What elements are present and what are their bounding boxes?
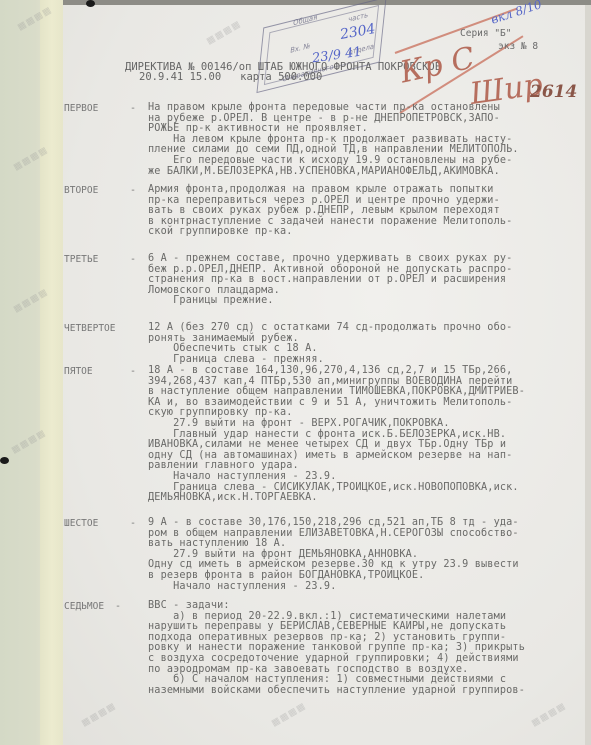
archival-tape xyxy=(40,0,64,745)
top-edge xyxy=(63,0,591,5)
text-line: ДЕМЬЯНОВКА,иск.Н.ТОРГАЕВКА. xyxy=(148,493,318,504)
punch-hole-left xyxy=(0,457,9,464)
section-dash: - xyxy=(130,366,136,377)
directive-date-map: 20.9.41 15.00 карта 500.000 xyxy=(139,71,322,83)
text-line: 9 А - в составе 30,176,150,218,296 сд,52… xyxy=(148,518,519,529)
section-label: ВТОРОЕ xyxy=(64,185,98,196)
series-label: Серия "Б" xyxy=(460,28,511,39)
section-label: ЧЕТВЕРТОЕ xyxy=(64,323,115,334)
text-line: 6 А - прежнем составе, прочно удерживать… xyxy=(148,254,512,265)
section-dash: - xyxy=(130,518,136,529)
page-edge xyxy=(585,0,591,745)
text-line: 18 А - в составе 164,130,96,270,4,136 сд… xyxy=(148,366,512,377)
binding-strip xyxy=(0,0,44,745)
section-label: ПЕРВОЕ xyxy=(64,103,98,114)
text-line: наземными войсками обеспечить наступлени… xyxy=(148,686,525,697)
section-dash: - xyxy=(130,185,136,196)
text-line: Начало наступления - 23.9. xyxy=(148,472,337,483)
section-label: ПЯТОЕ xyxy=(64,366,93,377)
text-line: Начало наступления - 23.9. xyxy=(148,582,337,593)
text-line: 27.9 выйти на фронт - ВЕРХ.РОГАЧИК,ПОКРО… xyxy=(148,419,450,430)
text-line: Его передовые части к исходу 19.9 остано… xyxy=(148,156,512,167)
text-line: ВВС - задачи: xyxy=(148,601,230,612)
section-label: ШЕСТОЕ xyxy=(64,518,98,529)
text-line: На правом крыле фронта передовые части п… xyxy=(148,103,500,114)
text-line: ской группировке пр-ка. xyxy=(148,227,293,238)
section-dash: - xyxy=(130,103,136,114)
text-line: 12 А (без 270 сд) с остатками 74 сд-прод… xyxy=(148,323,512,334)
text-line: Армия фронта,продолжая на правом крыле о… xyxy=(148,185,494,196)
section-dash: - xyxy=(130,254,136,265)
section-dash: - xyxy=(115,601,121,612)
text-line: с воздуха сосредоточение ударной группир… xyxy=(148,654,519,665)
text-line: Границы прежние. xyxy=(148,296,274,307)
section-label: ТРЕТЬЕ xyxy=(64,254,98,265)
text-line: же БАЛКИ,М.БЕЛОЗЕРКА,НВ.УСПЕНОВКА,МАРИАН… xyxy=(148,167,500,178)
punch-hole-top xyxy=(86,0,95,7)
text-line: в резерв фронта в район БОГДАНОВКА,ТРОИЦ… xyxy=(148,571,424,582)
handwritten-number-red: 2614 xyxy=(530,82,577,102)
text-line: Граница слева - прежняя. xyxy=(148,355,324,366)
copy-label: экз № 8 xyxy=(498,41,538,52)
section-label: СЕДЬМОЕ xyxy=(64,601,104,612)
